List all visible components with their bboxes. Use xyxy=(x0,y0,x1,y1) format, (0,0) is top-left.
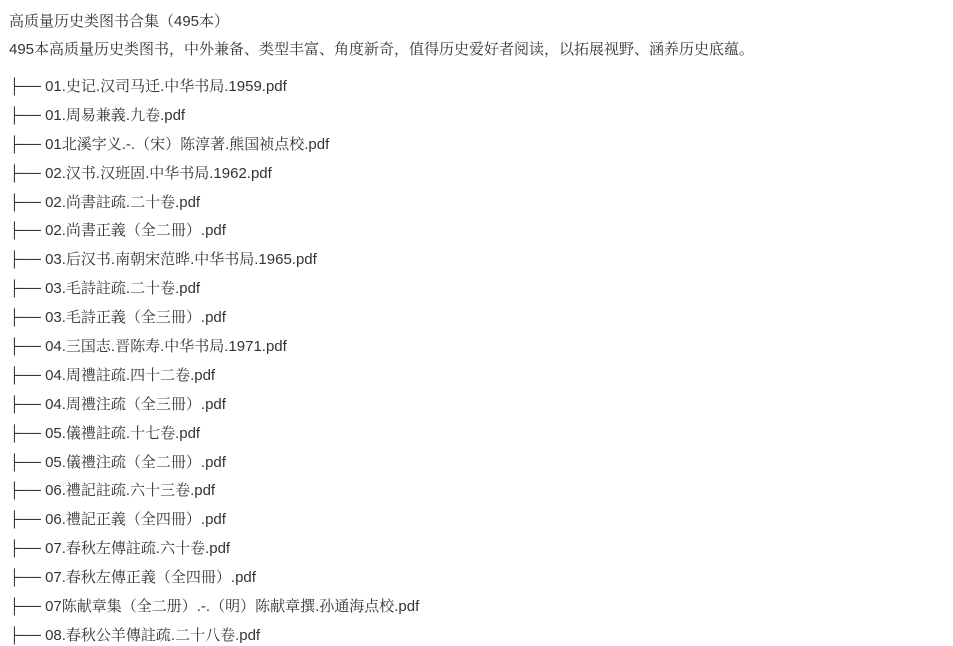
tree-branch-icon: ├── xyxy=(9,540,45,557)
tree-row: ├── 01北溪字义.-.（宋）陈淳著.熊国祯点校.pdf xyxy=(9,131,943,160)
tree-row: ├── 01.周易兼義.九卷.pdf xyxy=(9,102,943,131)
tree-row: ├── 05.儀禮注疏（全二冊）.pdf xyxy=(9,449,943,478)
tree-branch-icon: ├── xyxy=(9,280,45,297)
tree-row: ├── 03.毛詩註疏.二十卷.pdf xyxy=(9,275,943,304)
tree-row: ├── 07.春秋左傳正義（全四冊）.pdf xyxy=(9,564,943,593)
tree-branch-icon: ├── xyxy=(9,598,45,615)
file-name: 04.周禮注疏（全三冊）.pdf xyxy=(45,396,226,413)
file-tree: ├── 01.史记.汉司马迁.中华书局.1959.pdf├── 01.周易兼義.… xyxy=(9,73,943,646)
file-name: 01.史记.汉司马迁.中华书局.1959.pdf xyxy=(45,78,287,95)
tree-row: ├── 08.春秋公羊傳註疏.二十八卷.pdf xyxy=(9,622,943,646)
file-name: 01.周易兼義.九卷.pdf xyxy=(45,107,185,124)
file-name: 03.毛詩正義（全三冊）.pdf xyxy=(45,309,226,326)
tree-row: ├── 04.周禮註疏.四十二卷.pdf xyxy=(9,362,943,391)
tree-row: ├── 01.史记.汉司马迁.中华书局.1959.pdf xyxy=(9,73,943,102)
tree-branch-icon: ├── xyxy=(9,454,45,471)
tree-row: ├── 04.周禮注疏（全三冊）.pdf xyxy=(9,391,943,420)
page-title: 高质量历史类图书合集（495本） xyxy=(9,11,943,32)
tree-branch-icon: ├── xyxy=(9,78,45,95)
file-name: 05.儀禮注疏（全二冊）.pdf xyxy=(45,454,226,471)
tree-row: ├── 06.禮記正義（全四冊）.pdf xyxy=(9,506,943,535)
tree-branch-icon: ├── xyxy=(9,482,45,499)
intro-text: 495本高质量历史类图书，中外兼备、类型丰富、角度新奇，值得历史爱好者阅读，以拓… xyxy=(9,39,943,60)
tree-branch-icon: ├── xyxy=(9,569,45,586)
file-name: 02.汉书.汉班固.中华书局.1962.pdf xyxy=(45,165,272,182)
file-name: 02.尚書註疏.二十卷.pdf xyxy=(45,194,200,211)
tree-row: ├── 04.三国志.晋陈寿.中华书局.1971.pdf xyxy=(9,333,943,362)
tree-row: ├── 05.儀禮註疏.十七卷.pdf xyxy=(9,420,943,449)
tree-row: ├── 03.毛詩正義（全三冊）.pdf xyxy=(9,304,943,333)
file-name: 06.禮記正義（全四冊）.pdf xyxy=(45,511,226,528)
file-name: 04.三国志.晋陈寿.中华书局.1971.pdf xyxy=(45,338,287,355)
tree-branch-icon: ├── xyxy=(9,367,45,384)
tree-branch-icon: ├── xyxy=(9,136,45,153)
file-name: 05.儀禮註疏.十七卷.pdf xyxy=(45,425,200,442)
tree-branch-icon: ├── xyxy=(9,309,45,326)
tree-branch-icon: ├── xyxy=(9,338,45,355)
file-name: 07.春秋左傳正義（全四冊）.pdf xyxy=(45,569,256,586)
tree-row: ├── 02.尚書註疏.二十卷.pdf xyxy=(9,189,943,218)
tree-row: ├── 02.汉书.汉班固.中华书局.1962.pdf xyxy=(9,160,943,189)
file-name: 07.春秋左傳註疏.六十卷.pdf xyxy=(45,540,230,557)
tree-branch-icon: ├── xyxy=(9,251,45,268)
tree-row: ├── 07陈献章集（全二册）.-.（明）陈献章撰.孙通海点校.pdf xyxy=(9,593,943,622)
tree-row: ├── 02.尚書正義（全二冊）.pdf xyxy=(9,217,943,246)
file-name: 07陈献章集（全二册）.-.（明）陈献章撰.孙通海点校.pdf xyxy=(45,598,419,615)
file-name: 08.春秋公羊傳註疏.二十八卷.pdf xyxy=(45,627,260,644)
tree-branch-icon: ├── xyxy=(9,165,45,182)
tree-branch-icon: ├── xyxy=(9,107,45,124)
tree-branch-icon: ├── xyxy=(9,627,45,644)
file-name: 02.尚書正義（全二冊）.pdf xyxy=(45,222,226,239)
tree-row: ├── 06.禮記註疏.六十三卷.pdf xyxy=(9,477,943,506)
file-name: 03.后汉书.南朝宋范晔.中华书局.1965.pdf xyxy=(45,251,317,268)
tree-branch-icon: ├── xyxy=(9,194,45,211)
document-page: 高质量历史类图书合集（495本） 495本高质量历史类图书，中外兼备、类型丰富、… xyxy=(0,0,953,646)
tree-branch-icon: ├── xyxy=(9,222,45,239)
tree-branch-icon: ├── xyxy=(9,511,45,528)
file-name: 06.禮記註疏.六十三卷.pdf xyxy=(45,482,215,499)
tree-row: ├── 03.后汉书.南朝宋范晔.中华书局.1965.pdf xyxy=(9,246,943,275)
tree-branch-icon: ├── xyxy=(9,425,45,442)
file-name: 04.周禮註疏.四十二卷.pdf xyxy=(45,367,215,384)
file-name: 01北溪字义.-.（宋）陈淳著.熊国祯点校.pdf xyxy=(45,136,329,153)
file-name: 03.毛詩註疏.二十卷.pdf xyxy=(45,280,200,297)
tree-branch-icon: ├── xyxy=(9,396,45,413)
tree-row: ├── 07.春秋左傳註疏.六十卷.pdf xyxy=(9,535,943,564)
